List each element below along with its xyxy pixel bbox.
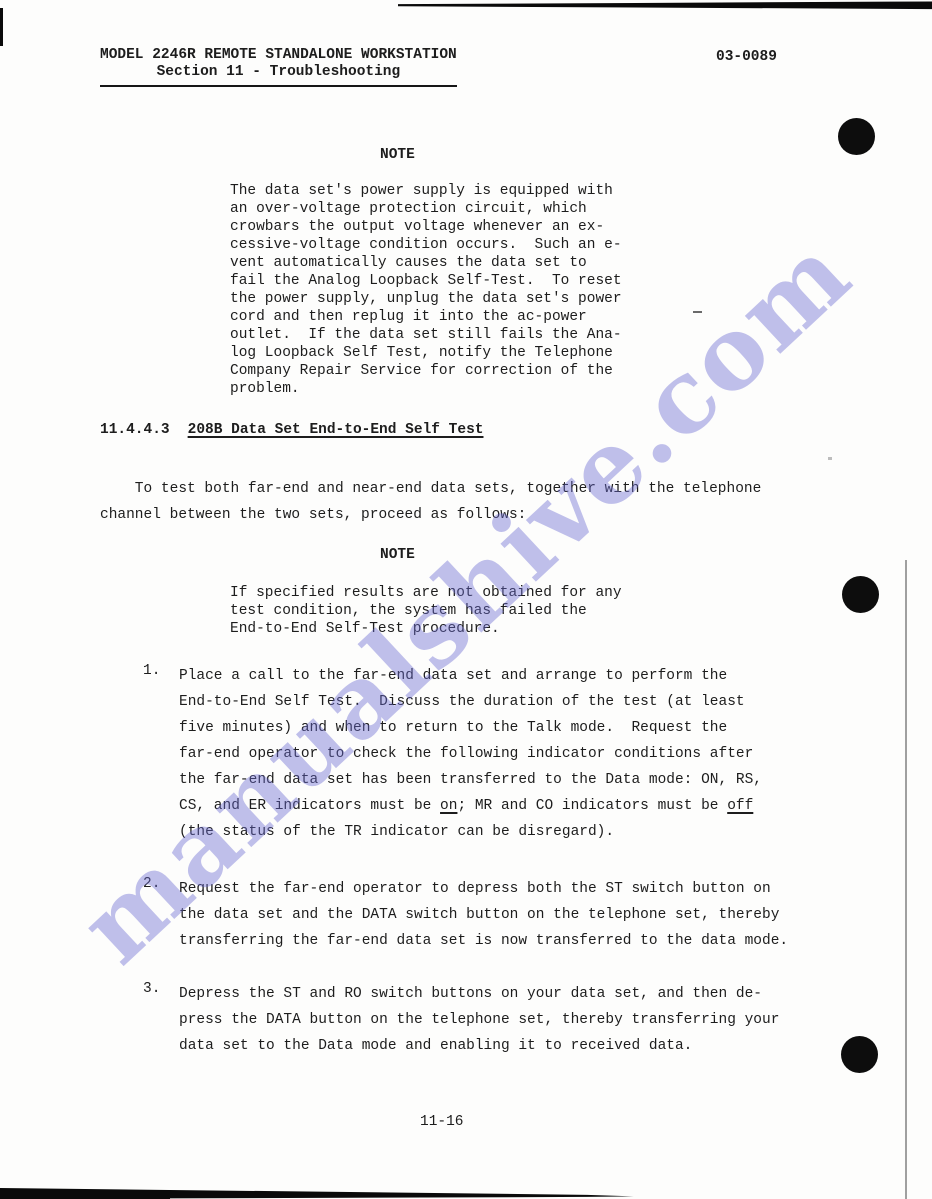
scanned-manual-page: MODEL 2246R REMOTE STANDALONE WORKSTATIO… bbox=[0, 0, 932, 1199]
section-title: 208B Data Set End-to-End Self Test bbox=[188, 422, 484, 438]
step-1-text: Place a call to the far-end data set and… bbox=[179, 663, 819, 845]
step-1-last-line: (the status of the TR indicator can be d… bbox=[179, 819, 819, 845]
step-3-number: 3. bbox=[143, 981, 160, 997]
scan-artifact-right-vline bbox=[905, 560, 907, 1199]
scan-artifact-dash bbox=[693, 311, 702, 313]
step-2: 2. Request the far-end operator to depre… bbox=[143, 876, 819, 954]
scan-artifact-left-mark bbox=[0, 8, 3, 46]
step-2-number: 2. bbox=[143, 876, 160, 892]
note2-body: If specified results are not obtained fo… bbox=[230, 584, 622, 638]
intro-paragraph: To test both far-end and near-end data s… bbox=[100, 476, 761, 528]
step-1: 1. Place a call to the far-end data set … bbox=[143, 663, 819, 845]
page-number: 11-16 bbox=[420, 1114, 464, 1130]
scan-artifact-bottom-strip bbox=[0, 1193, 170, 1199]
page-header: MODEL 2246R REMOTE STANDALONE WORKSTATIO… bbox=[100, 47, 457, 87]
scan-artifact-top-line bbox=[398, 1, 932, 10]
step-1-seg1: CS, and ER indicators must be bbox=[179, 798, 440, 814]
step-1-underlined-on: on bbox=[440, 798, 457, 814]
step-1-lines: Place a call to the far-end data set and… bbox=[179, 663, 819, 793]
punch-hole-dot-top bbox=[838, 118, 875, 155]
note1-label: NOTE bbox=[380, 147, 415, 163]
step-2-lines: Request the far-end operator to depress … bbox=[179, 876, 819, 954]
scan-artifact-speck bbox=[828, 457, 832, 460]
section-number: 11.4.4.3 bbox=[100, 422, 170, 438]
step-1-indicator-line: CS, and ER indicators must be on; MR and… bbox=[179, 793, 819, 819]
step-1-seg2: ; MR and CO indicators must be bbox=[457, 798, 727, 814]
header-title-line2: Section 11 - Troubleshooting bbox=[157, 64, 401, 80]
punch-hole-dot-middle bbox=[842, 576, 879, 613]
document-code: 03-0089 bbox=[716, 49, 777, 65]
step-3-lines: Depress the ST and RO switch buttons on … bbox=[179, 981, 819, 1059]
punch-hole-dot-bottom bbox=[841, 1036, 878, 1073]
step-3: 3. Depress the ST and RO switch buttons … bbox=[143, 981, 819, 1059]
note1-body: The data set's power supply is equipped … bbox=[230, 182, 622, 398]
header-title-line1: MODEL 2246R REMOTE STANDALONE WORKSTATIO… bbox=[100, 47, 457, 63]
step-1-number: 1. bbox=[143, 663, 160, 679]
step-1-underlined-off: off bbox=[727, 798, 753, 814]
section-heading: 11.4.4.3208B Data Set End-to-End Self Te… bbox=[100, 422, 483, 438]
note2-label: NOTE bbox=[380, 547, 415, 563]
